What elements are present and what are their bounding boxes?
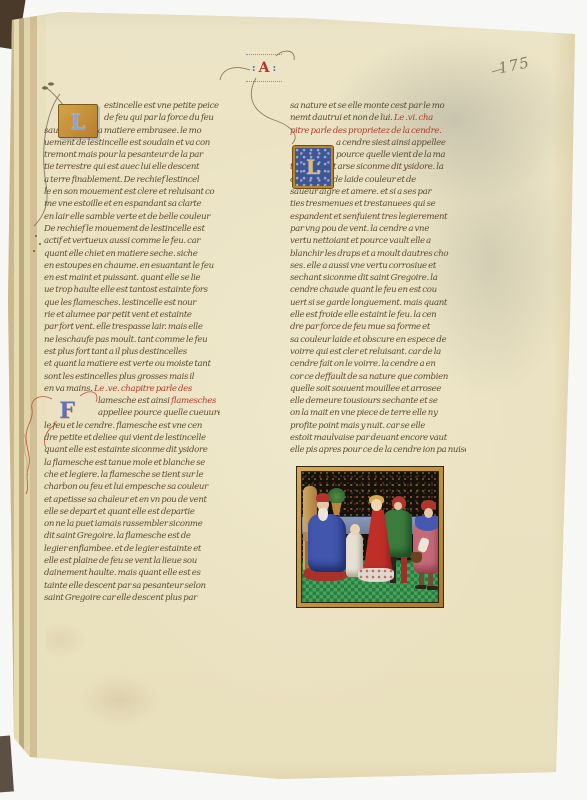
text-line: ses. elle a aussi vne vertu corrosiue et	[290, 260, 466, 272]
text-line: espandent et senfuient tres legierement	[290, 211, 466, 223]
body-text: cendre fait on le voirre. la cendre a en	[290, 359, 436, 369]
blue-hood-cape	[415, 516, 439, 531]
body-text: que les flamesches. lestincelle est nour	[44, 298, 196, 308]
body-text: ses. elle a aussi vne vertu corrosiue et	[290, 261, 436, 271]
text-line: est plus fort tant a il plus destincelle…	[44, 346, 220, 358]
text-line: me vne estoille et en espandant sa clart…	[44, 198, 220, 210]
text-line: en estoupes en chaume. en esuantant le f…	[44, 260, 220, 272]
text-line: en est maint et puissant. quant elle se …	[44, 272, 220, 284]
woman-head	[371, 499, 382, 511]
body-text: quelle soit souuent mouillee et arrosee	[290, 384, 441, 394]
text-line: nemt dautrui et non de lui. Le .vi. cha	[290, 112, 466, 124]
text-line: rie et alumee par petit vent et estainte	[44, 309, 220, 321]
child-head	[350, 524, 360, 535]
potted-plant	[328, 488, 345, 503]
green-figure-face	[394, 502, 402, 510]
body-text: de feu qui par la force du feu	[104, 113, 214, 123]
body-text: en va mains.	[44, 384, 94, 394]
text-line: par vng pou de vent. la cendre a vne	[290, 223, 466, 235]
text-line: elle pis apres pour ce de la cendre ion …	[290, 444, 466, 456]
text-line: legier enflambee. et de legier estainte …	[44, 543, 220, 555]
body-text: dre petite et deliee qui vient de lestin…	[44, 433, 206, 443]
body-text: dre par force de feu mue sa forme et	[290, 322, 430, 332]
text-line: tie terrestre qui est auec lui elle desc…	[44, 161, 220, 173]
body-text: et apetisse sa chaleur et en vn pou de v…	[44, 495, 207, 505]
text-line: estoit maulvaise par deuant encore vaut	[290, 432, 466, 444]
rubric-text: Le .ve. chapitre parle des	[94, 384, 192, 394]
woman-underskirt-hem	[358, 568, 394, 582]
manuscript-photograph: A 175 estincelle est vne petite peicede …	[0, 0, 587, 800]
text-line: elle se depart et quant elle est departi…	[44, 506, 220, 518]
body-text: tremont mais pour la pesanteur de la par	[44, 150, 203, 160]
text-line: tremont mais pour la pesanteur de la par	[44, 149, 220, 161]
text-line: ue trop haulte elle est tantost estainte…	[44, 284, 220, 296]
body-text: actif et vertueux aussi comme le feu. ca…	[44, 236, 200, 246]
body-text: le en son mouement est clere et reluisan…	[44, 187, 214, 197]
text-line: saint Gregoire car elle descent plus par	[44, 592, 220, 604]
rubric-text: flamesches	[171, 396, 216, 406]
text-line: sechant siconme dit saint Gregoire. la	[290, 272, 466, 284]
rubric-text: pitre parle des proprietez de la cendre.	[290, 126, 441, 136]
body-text: est plus fort tant a il plus destincelle…	[44, 347, 187, 357]
text-line: a terre finablement. De rechief lestince…	[44, 174, 220, 186]
text-line: quant elle chiet en matiere seche. siche	[44, 248, 220, 260]
text-line: en va mains. Le .ve. chapitre parle des	[44, 383, 220, 395]
text-line: profite point mais y nuit. car se elle	[290, 420, 466, 432]
initial-letter: L	[71, 109, 86, 134]
text-line: dit saint Gregoire. la flamesche est de	[44, 530, 220, 542]
quire-ornament: A	[246, 54, 282, 82]
body-text: sechant siconme dit saint Gregoire. la	[290, 273, 437, 283]
rose-figure-shoe	[427, 586, 439, 590]
text-line: cendre fait on le voirre. la cendre a en	[290, 358, 466, 370]
body-text: espandent et senfuient tres legierement	[290, 212, 447, 222]
body-text: elle est plaine de feu se vent la lieue …	[44, 556, 197, 566]
body-text: rie et alumee par petit vent et estainte	[44, 310, 192, 320]
body-text: tie terrestre qui est auec lui elle desc…	[44, 162, 199, 172]
text-line: dainement haulte. mais quant elle est es	[44, 567, 220, 579]
body-text: sa nature et se elle monte cest par le m…	[290, 101, 444, 111]
body-text: on ne la puet iamais rassembler siconme	[44, 519, 202, 529]
manuscript-page: A 175 estincelle est vne petite peicede …	[0, 0, 587, 800]
body-text: uement de lestincelle est soudain et va …	[44, 138, 210, 148]
body-text: saint Gregoire car elle descent plus par	[44, 593, 197, 603]
body-text: ne leschaufe pas moult. tant comme le fe…	[44, 335, 207, 345]
text-line: cor ce deffault de sa nature que combien	[290, 371, 466, 383]
body-text: legier enflambee. et de legier estainte …	[44, 544, 201, 554]
body-text: cendre chaude quant le feu en est cou	[290, 285, 437, 295]
green-figure-leg	[401, 557, 407, 583]
initial-letter: L	[306, 155, 320, 179]
body-text: la flamesche est tanue mole et blanche s…	[44, 458, 205, 468]
text-line: on la mait en vne piece de terre elle ny	[290, 407, 466, 419]
body-text: en lair elle samble verte et de belle co…	[44, 212, 210, 222]
illuminated-initial-estincelle: L	[58, 104, 98, 138]
body-text: tainte elle descent par sa pesanteur sel…	[44, 581, 206, 591]
rose-figure-face	[424, 508, 433, 518]
illuminated-initial-flamesche: F	[52, 397, 82, 424]
quire-ornament-letter: A	[259, 60, 270, 76]
body-text: profite point mais y nuit. car se elle	[290, 421, 425, 431]
text-line: sont les estincelles plus grosses mais i…	[44, 371, 220, 383]
body-text: elle est froide elle estaint le feu. la …	[290, 310, 436, 320]
body-text: appellee pource quelle cueuure	[98, 408, 220, 418]
body-text: ties tresmenues et trestanuees qui se	[290, 199, 435, 209]
text-line: blanchir les draps et a moult dautres ch…	[290, 248, 466, 260]
text-line: uement de lestincelle est soudain et va …	[44, 137, 220, 149]
body-text: cor ce deffault de sa nature que combien	[290, 372, 448, 382]
illuminated-initial-cendre: L	[293, 146, 333, 188]
text-line: voirre qui est cler et reluisant. car de…	[290, 346, 466, 358]
text-line: la flamesche est tanue mole et blanche s…	[44, 457, 220, 469]
body-text: estincelle est vne petite peice	[104, 101, 219, 111]
miniature	[296, 466, 444, 608]
elder-beard	[318, 508, 328, 521]
body-text: en estoupes en chaume. en esuantant le f…	[44, 261, 214, 271]
body-text: on la mait en vne piece de terre elle ny	[290, 408, 437, 418]
body-text: dainement haulte. mais quant elle est es	[44, 568, 201, 578]
body-text: charbon ou feu et lui empesche sa couleu…	[44, 482, 208, 492]
text-line: elle est plaine de feu se vent la lieue …	[44, 555, 220, 567]
body-text: sont les estincelles plus grosses mais i…	[44, 372, 194, 382]
text-line: en lair elle samble verte et de belle co…	[44, 211, 220, 223]
body-text: me vne estoille et en espandant sa clart…	[44, 199, 201, 209]
body-text: a terre finablement. De rechief lestince…	[44, 175, 199, 185]
text-line: elle est froide elle estaint le feu. la …	[290, 309, 466, 321]
body-text: saueur aigre et amere. et si a ses par	[290, 187, 431, 197]
text-line: le en son mouement est clere et reluisan…	[44, 186, 220, 198]
body-text: elle pis apres pour ce de la cendre ion …	[290, 445, 466, 455]
text-line: ties tresmenues et trestanuees qui se	[290, 198, 466, 210]
body-text: pource quelle vient de la ma	[336, 150, 445, 160]
body-text: lamesche est ainsi	[98, 396, 171, 406]
text-column-left: estincelle est vne petite peicede feu qu…	[44, 100, 220, 604]
body-text: vertu nettoiant et pource vault elle a	[290, 236, 431, 246]
text-line: tainte elle descent par sa pesanteur sel…	[44, 580, 220, 592]
rubric-text: Le .vi. cha	[394, 113, 433, 123]
text-line: quant elle est estainte siconme dit ysid…	[44, 444, 220, 456]
text-line: que les flamesches. lestincelle est nour	[44, 297, 220, 309]
body-text: quant elle est estainte siconme dit ysid…	[44, 445, 208, 455]
text-line: on ne la puet iamais rassembler siconme	[44, 518, 220, 530]
body-text: nemt dautrui et non de lui.	[290, 113, 394, 123]
text-line: et quant la matiere est verte ou moiste …	[44, 358, 220, 370]
text-line: actif et vertueux aussi comme le feu. ca…	[44, 235, 220, 247]
body-text: dit saint Gregoire. la flamesche est de	[44, 531, 191, 541]
rose-figure-leg	[428, 573, 433, 587]
body-text: quant elle chiet en matiere seche. siche	[44, 249, 197, 259]
body-text: par fort vent. elle trespasse lair. mais…	[44, 322, 203, 332]
body-text: De rechief le mouement de lestincelle es…	[44, 224, 205, 234]
text-line: ne leschaufe pas moult. tant comme le fe…	[44, 334, 220, 346]
text-line: pitre parle des proprietez de la cendre.	[290, 125, 466, 137]
body-text: sa couleur laide et obscure en espece de	[290, 335, 446, 345]
body-text: elle se depart et quant elle est departi…	[44, 507, 195, 517]
seated-elder-figure	[308, 514, 346, 572]
text-line: sa nature et se elle monte cest par le m…	[290, 100, 466, 112]
binding-edge-bottom	[0, 736, 14, 793]
initial-letter: F	[59, 398, 75, 424]
text-line: che et legiere. la flamesche se tient su…	[44, 469, 220, 481]
text-line: cendre chaude quant le feu en est cou	[290, 284, 466, 296]
text-line: et apetisse sa chaleur et en vn pou de v…	[44, 494, 220, 506]
body-text: che et legiere. la flamesche se tient su…	[44, 470, 203, 480]
text-line: quelle soit souuent mouillee et arrosee	[290, 383, 466, 395]
text-line: De rechief le mouement de lestincelle es…	[44, 223, 220, 235]
body-text: et quant la matiere est verte ou moiste …	[44, 359, 211, 369]
text-line: sa couleur laide et obscure en espece de	[290, 334, 466, 346]
miniature-scene	[301, 471, 439, 603]
text-line: dre petite et deliee qui vient de lestin…	[44, 432, 220, 444]
body-text: a cendre siest ainsi appellee	[336, 138, 446, 148]
belt-purse	[411, 552, 422, 563]
body-text: estoit maulvaise par deuant encore vaut	[290, 433, 447, 443]
body-text: elle demeure tousiours sechante et se	[290, 396, 438, 406]
elder-red-cap	[316, 493, 330, 502]
text-line: par fort vent. elle trespasse lair. mais…	[44, 321, 220, 333]
rose-figure-shoe	[415, 585, 426, 589]
body-text: ue trop haulte elle est tantost estainte…	[44, 285, 208, 295]
text-line: uert si se garde longuement. mais quant	[290, 297, 466, 309]
body-text: uert si se garde longuement. mais quant	[290, 298, 447, 308]
text-line: vertu nettoiant et pource vault elle a	[290, 235, 466, 247]
body-text: voirre qui est cler et reluisant. car de…	[290, 347, 441, 357]
body-text: en est maint et puissant. quant elle se …	[44, 273, 200, 283]
text-line: elle demeure tousiours sechante et se	[290, 395, 466, 407]
text-line: charbon ou feu et lui empesche sa couleu…	[44, 481, 220, 493]
body-text: par vng pou de vent. la cendre a vne	[290, 224, 429, 234]
body-text: blanchir les draps et a moult dautres ch…	[290, 249, 448, 259]
text-line: dre par force de feu mue sa forme et	[290, 321, 466, 333]
